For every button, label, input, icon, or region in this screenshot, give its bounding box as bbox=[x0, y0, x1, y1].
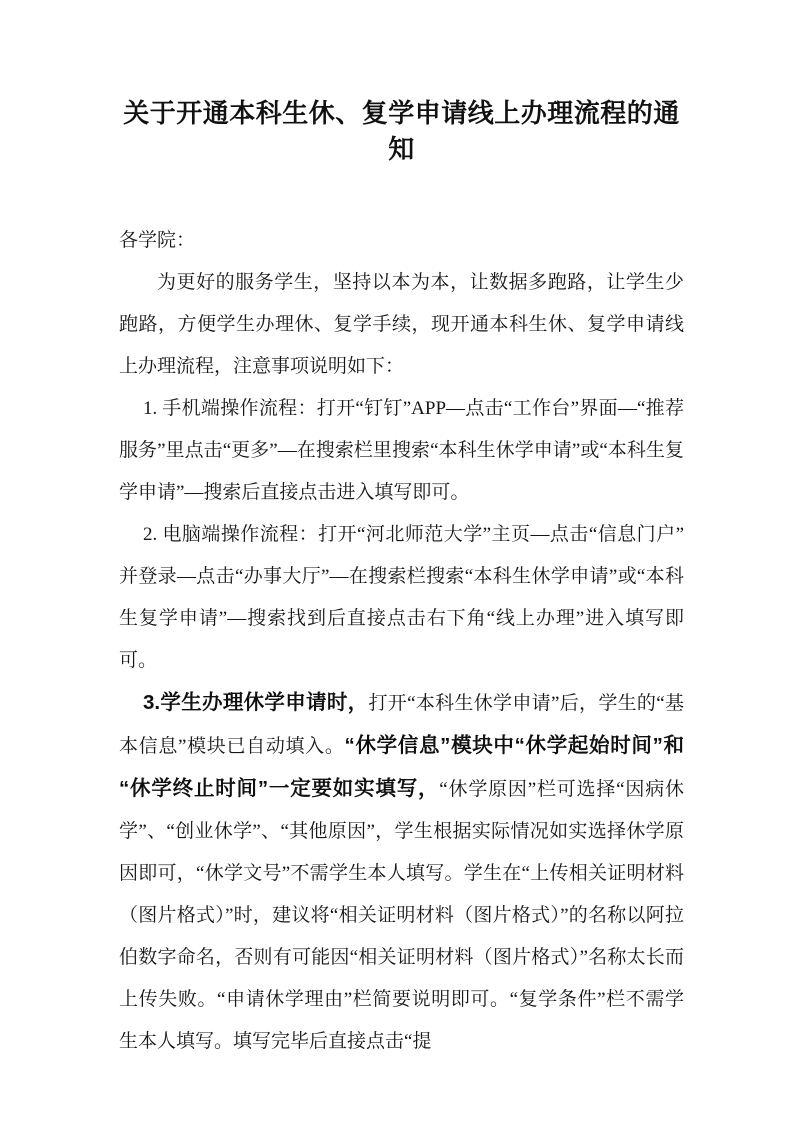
document-page: 关于开通本科生休、复学申请线上办理流程的通知 各学院： 为更好的服务学生，坚持以… bbox=[0, 0, 800, 1131]
step-3-text-b: “休学原因”栏可选择“因病休学”、“创业休学”、“其他原因”，学生根据实际情况如… bbox=[119, 779, 684, 1052]
step-1-paragraph: 1. 手机端操作流程：打开“钉钉”APP—点击“工作台”界面—“推荐服务”里点击… bbox=[119, 388, 684, 514]
document-title: 关于开通本科生休、复学申请线上办理流程的通知 bbox=[119, 96, 684, 168]
intro-paragraph: 为更好的服务学生，坚持以本为本，让数据多跑路，让学生少跑路，方便学生办理休、复学… bbox=[119, 262, 684, 388]
step-2-paragraph: 2. 电脑端操作流程：打开“河北师范大学”主页—点击“信息门户”并登录—点击“办… bbox=[119, 514, 684, 682]
salutation: 各学院： bbox=[119, 220, 684, 262]
step-3-paragraph: 3.学生办理休学申请时，打开“本科生休学申请”后，学生的“基本信息”模块已自动填… bbox=[119, 682, 684, 1063]
step-3-bold-lead: 3.学生办理休学申请时， bbox=[143, 691, 368, 714]
